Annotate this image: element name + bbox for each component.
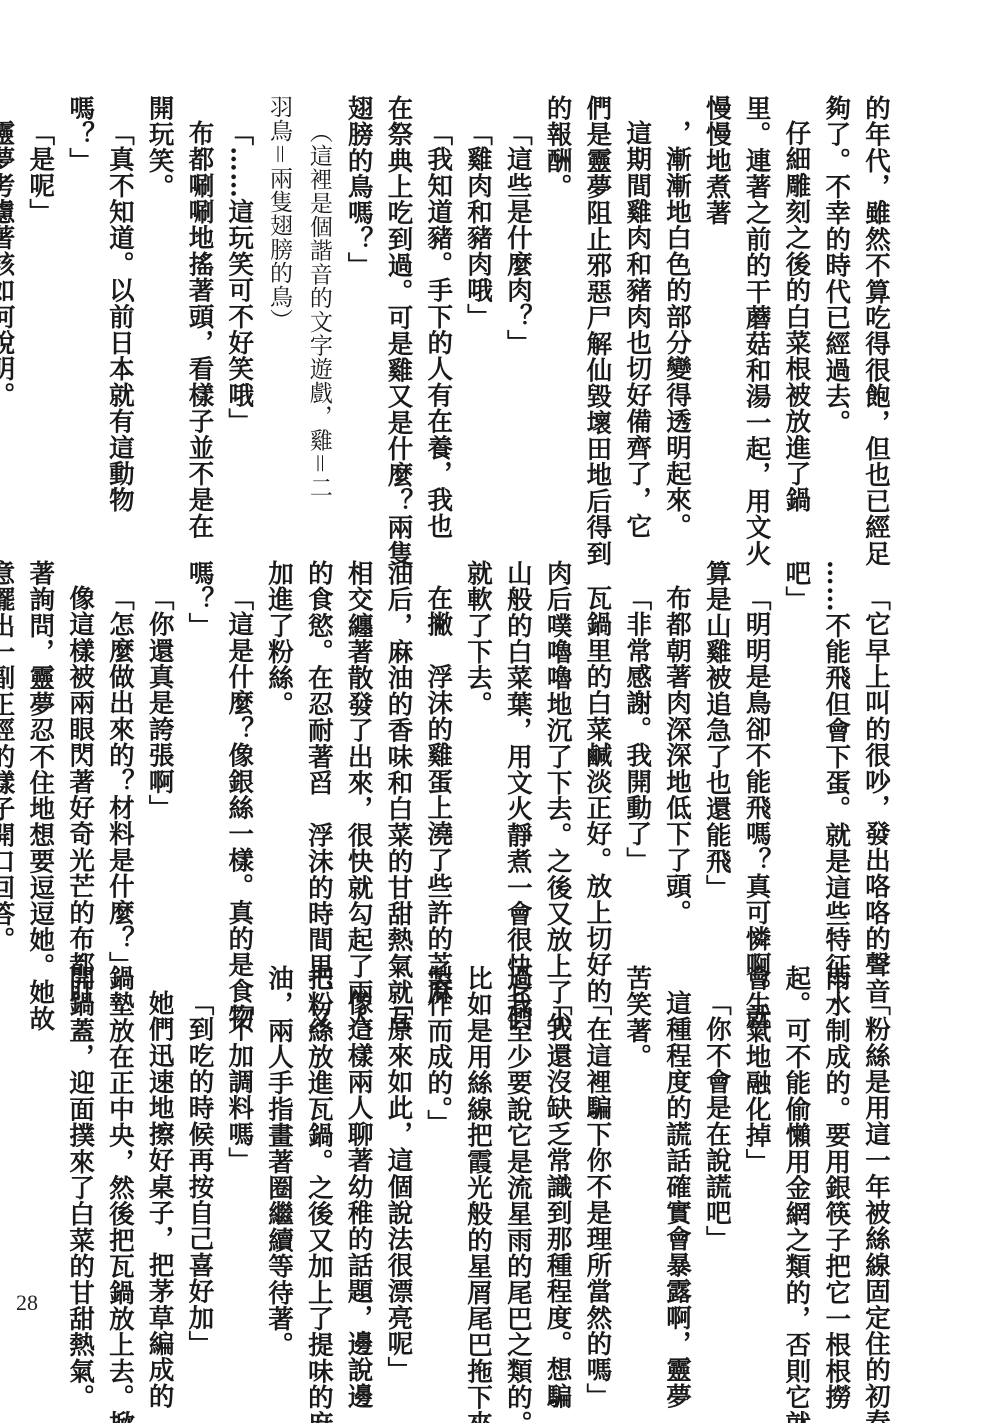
text-column: 「我還沒缺乏常識到那種程度。想騙 xyxy=(537,965,577,1295)
text-column: 開鍋蓋，迎面撲來了白菜的甘甜熱氣。 xyxy=(59,965,99,1295)
text-column: 夠了。不幸的時代已經過去。 xyxy=(815,95,855,525)
text-block-bottom: 「粉絲是用這一年被絲線固定住的初春雨水制成的。要用銀筷子把它一根根撈起。可不能偷… xyxy=(59,965,895,1295)
text-column: 雨水制成的。要用銀筷子把它一根根撈 xyxy=(815,965,855,1295)
text-block-top: 的年代，雖然不算吃得很飽，但也已經足夠了。不幸的時代已經過去。仔細雕刻之後的白菜… xyxy=(0,95,895,525)
text-column: 嗎？」 xyxy=(59,95,99,525)
text-column: ……不能飛但會下蛋。就是這些特征了 xyxy=(815,560,855,860)
text-column: 吧」 xyxy=(776,560,816,860)
page-number: 28 xyxy=(16,1290,38,1316)
text-column: 「這是什麼？像銀絲一樣。真的是食物 xyxy=(218,560,258,860)
text-column: 開玩笑。 xyxy=(139,95,179,525)
text-column: （這裡是個諧音的文字遊戲，雞＝二 xyxy=(298,95,338,525)
text-column: 靈夢考慮著該如何說明。 xyxy=(0,95,19,525)
text-column: 「原來如此，這個說法很漂亮呢」 xyxy=(378,965,418,1295)
text-column: 著詢問，靈夢忍不住地想要逗逗她。她故 xyxy=(19,560,59,860)
text-column: 翅膀的鳥嗎？」 xyxy=(338,95,378,525)
text-column: 油后，麻油的香味和白菜的甘甜熱氣就互 xyxy=(378,560,418,860)
text-column: 把粉絲放進瓦鍋。之後又加上了提味的麻 xyxy=(298,965,338,1295)
text-column: 布都朝著肉深深地低下了頭。 xyxy=(656,560,696,860)
text-column: 油，兩人手指畫著圈繼續等待著。 xyxy=(258,965,298,1295)
text-column: 布都唰唰地搖著頭，看樣子並不是在 xyxy=(179,95,219,525)
text-column: 的食慾。在忍耐著舀 浮沫的時間里，又 xyxy=(298,560,338,860)
text-column: 「非常感謝。我開動了」 xyxy=(616,560,656,860)
text-column: 「……這玩笑可不好笑哦」 xyxy=(218,95,258,525)
text-column: 比如是用絲線把霞光般的星屑尾巴拖下來 xyxy=(457,965,497,1295)
text-column: 這種程度的謊話確實會暴露啊，靈夢 xyxy=(656,965,696,1295)
text-column: 苦笑著。 xyxy=(616,965,656,1295)
text-column: 相交纏著散發了出來，很快就勾起了兩人 xyxy=(338,560,378,860)
text-column: 「粉絲是用這一年被絲線固定住的初春 xyxy=(855,965,895,1295)
text-column: 這期間雞肉和豬肉也切好備齊了，它 xyxy=(616,95,656,525)
text-column: 羽鳥＝兩隻翅膀的鳥） xyxy=(258,95,298,525)
text-column: 「在這裡騙下你不是理所當然的嗎」 xyxy=(577,965,617,1295)
text-column: 起。可不能偷懶用金網之類的，否則它就 xyxy=(776,965,816,1295)
text-column: 山般的白菜葉，用文火靜煮一會很快它們 xyxy=(497,560,537,860)
text-column: 像這樣被兩眼閃著好奇光芒的布都盯 xyxy=(59,560,99,860)
text-column: 意擺出一副正經的樣子開口回答。 xyxy=(0,560,19,860)
text-column: 會生氣地融化掉」 xyxy=(736,965,776,1295)
text-column: 算是山雞被追急了也還能飛」 xyxy=(696,560,736,860)
text-column: 嗎？」 xyxy=(179,560,219,860)
text-column: 「到吃的時候再按自己喜好加」 xyxy=(179,965,219,1295)
text-column: 她們迅速地擦好桌子，把茅草編成的 xyxy=(139,965,179,1295)
text-column: 「明明是鳥卻不能飛嗎？真可憐啊。就 xyxy=(736,560,776,860)
text-column: 肉后噗嚕嚕地沉了下去。之後又放上了小 xyxy=(537,560,577,860)
text-column: 在撇 浮沫的雞蛋上澆了些許的芝麻 xyxy=(417,560,457,860)
text-column: 慢慢地煮著 xyxy=(696,95,736,525)
text-column: 加進了粉絲。 xyxy=(258,560,298,860)
text-column: 「是呢」 xyxy=(19,95,59,525)
text-block-middle: 「它早上叫的很吵，發出咯咯的聲音……不能飛但會下蛋。就是這些特征了吧」「明明是鳥… xyxy=(0,560,895,860)
text-column: 的報酬。 xyxy=(537,95,577,525)
text-column: 瓦鍋里的白菜鹹淡正好。放上切好的 xyxy=(577,560,617,860)
text-column: 「真不知道。以前日本就有這動物 xyxy=(99,95,139,525)
text-column: 過我至少要說它是流星雨的尾巴之類的。 xyxy=(497,965,537,1295)
text-column: 里。連著之前的干蘑菇和湯一起，用文火 xyxy=(736,95,776,525)
text-column: 就軟了下去。 xyxy=(457,560,497,860)
text-column: 鍋墊放在正中央，然後把瓦鍋放上去。掀 xyxy=(99,965,139,1295)
text-column: ，漸漸地白色的部分變得透明起來。 xyxy=(656,95,696,525)
text-column: 在祭典上吃到過。可是雞又是什麼？兩隻 xyxy=(378,95,418,525)
text-column: 「你不會是在說謊吧」 xyxy=(696,965,736,1295)
text-column: 們是靈夢阻止邪惡尸解仙毀壞田地后得到 xyxy=(577,95,617,525)
text-column: 「這些是什麼肉？」 xyxy=(497,95,537,525)
text-column: 的年代，雖然不算吃得很飽，但也已經足 xyxy=(855,95,895,525)
text-column: 仔細雕刻之後的白菜根被放進了鍋 xyxy=(776,95,816,525)
text-column: 「我知道豬。手下的人有在養，我也 xyxy=(417,95,457,525)
text-column: 製作而成的。」 xyxy=(417,965,457,1295)
text-column: 「它早上叫的很吵，發出咯咯的聲音 xyxy=(855,560,895,860)
text-column: 「雞肉和豬肉哦」 xyxy=(457,95,497,525)
text-column: 「不加調料嗎」 xyxy=(218,965,258,1295)
text-column: 「你還真是誇張啊」 xyxy=(139,560,179,860)
text-column: 「怎麼做出來的？材料是什麼？」 xyxy=(99,560,139,860)
text-column: 像這樣兩人聊著幼稚的話題，邊說邊 xyxy=(338,965,378,1295)
